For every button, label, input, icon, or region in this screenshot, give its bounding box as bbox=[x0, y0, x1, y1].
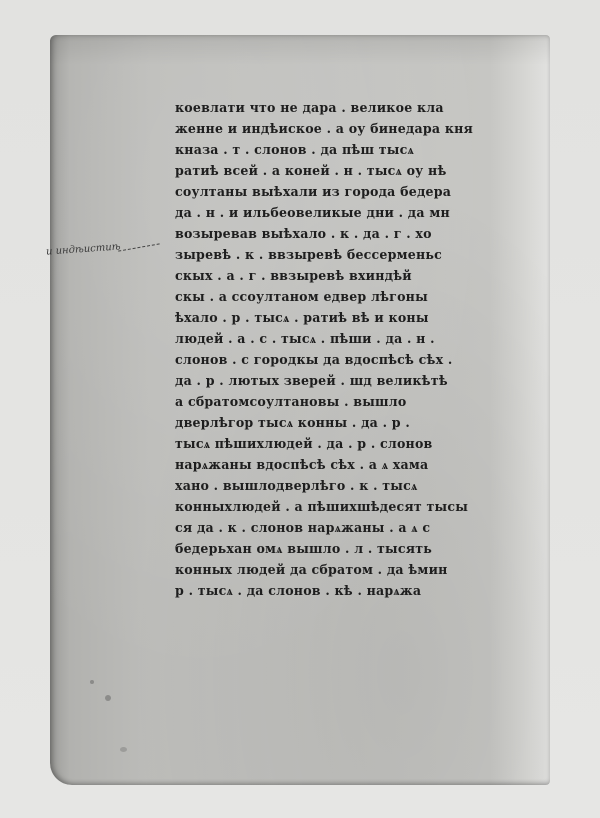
text-line: возыревав выѣхало . к . да . г . хо bbox=[175, 223, 487, 244]
leaf-top-shadow bbox=[50, 35, 550, 65]
text-line: ся да . к . слонов нарѧжаны . а ѧ с bbox=[175, 517, 487, 538]
ink-stain bbox=[90, 680, 94, 684]
ink-stain bbox=[120, 747, 127, 752]
text-line: конных людей да сбратом . да ѣмин bbox=[175, 559, 487, 580]
text-line: тысѧ пѣшихлюдей . да . р . слонов bbox=[175, 433, 487, 454]
text-line: скых . а . г . ввзыревѣ вхиндѣй bbox=[175, 265, 487, 286]
text-line: людей . а . с . тысѧ . пѣши . да . н . bbox=[175, 328, 487, 349]
text-line: кназа . т . слонов . да пѣш тысѧ bbox=[175, 139, 487, 160]
text-line: да . н . и ильбеовеликые дни . да мн bbox=[175, 202, 487, 223]
text-line: нарѧжаны вдоспѣсѣ сѣх . а ѧ хама bbox=[175, 454, 487, 475]
text-line: женне и индѣиское . а оу бинедара кня bbox=[175, 118, 487, 139]
text-line: коевлати что не дара . великое кла bbox=[175, 97, 487, 118]
text-line: зыревѣ . к . ввзыревѣ бессерменьс bbox=[175, 244, 487, 265]
text-line: слонов . с городкы да вдоспѣсѣ сѣх . bbox=[175, 349, 487, 370]
photo-frame: и индѣистиѣ коевлати что не дара . велик… bbox=[0, 0, 600, 818]
text-line: р . тысѧ . да слонов . кѣ . нарѧжа bbox=[175, 580, 487, 601]
ink-stain bbox=[105, 695, 111, 701]
text-line: ратиѣ всей . а коней . н . тысѧ оу нѣ bbox=[175, 160, 487, 181]
text-line: ѣхало . р . тысѧ . ратиѣ вѣ и коны bbox=[175, 307, 487, 328]
text-line: а сбратомсоултановы . вышло bbox=[175, 391, 487, 412]
text-line: да . р . лютых зверей . шд великѣтѣ bbox=[175, 370, 487, 391]
text-line: хано . вышлодверлѣго . к . тысѧ bbox=[175, 475, 487, 496]
text-line: конныхлюдей . а пѣшихшѣдесят тысы bbox=[175, 496, 487, 517]
manuscript-text-block: коевлати что не дара . великое кла женне… bbox=[175, 97, 487, 601]
text-line: дверлѣгор тысѧ конны . да . р . bbox=[175, 412, 487, 433]
text-line: бедерьхан омѧ вышло . л . тысять bbox=[175, 538, 487, 559]
text-line: соултаны выѣхали из города бедера bbox=[175, 181, 487, 202]
text-line: скы . а ссоултаном едвер лѣгоны bbox=[175, 286, 487, 307]
